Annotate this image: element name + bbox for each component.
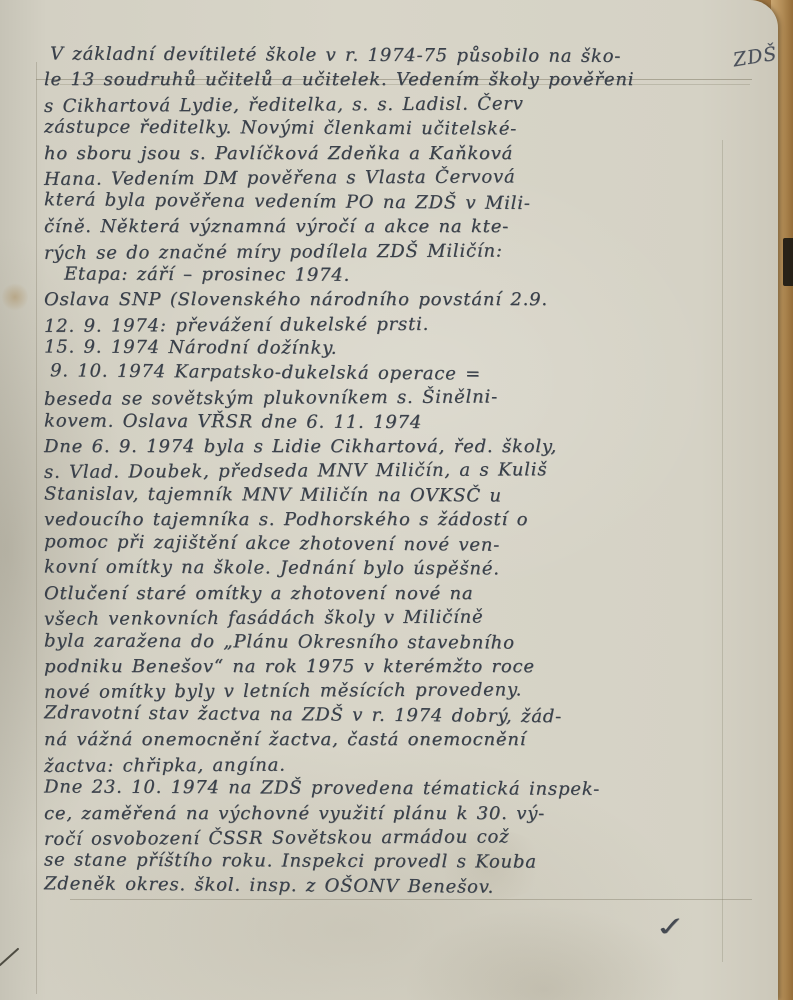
- bottom-left-mark: [0, 948, 19, 967]
- handwritten-line: Oslava SNP (Slovenského národního povstá…: [44, 288, 756, 312]
- handwritten-line: kovní omítky na škole. Jednání bylo úspě…: [44, 556, 756, 584]
- check-mark: ✓: [653, 910, 687, 942]
- handwritten-line: le 13 soudruhů učitelů a učitelek. Veden…: [44, 68, 756, 92]
- edge-dark-mark: [783, 238, 793, 286]
- handwritten-line: byla zaražena do „Plánu Okresního staveb…: [44, 629, 756, 657]
- handwritten-line: zástupce ředitelky. Novými členkami učit…: [44, 116, 756, 144]
- handwritten-line: Stanislav, tajemník MNV Miličín na OVKSČ…: [44, 482, 756, 510]
- handwriting-block: V základní devítileté škole v r. 1974-75…: [44, 44, 756, 899]
- handwritten-line: ho sboru jsou s. Pavlíčková Zdeňka a Kaň…: [44, 142, 756, 166]
- chronicle-page: ZDŠ V základní devítileté škole v r. 197…: [0, 0, 778, 1000]
- scanned-page: ZDŠ V základní devítileté škole v r. 197…: [0, 0, 793, 1000]
- handwritten-line: žactva: chřipka, angína.: [44, 751, 756, 779]
- handwritten-line: vedoucího tajemníka s. Podhorského s žád…: [44, 508, 756, 532]
- handwritten-line: beseda se sovětským plukovníkem s. Šiněl…: [44, 384, 756, 412]
- handwritten-line: Etapa: září – prosinec 1974.: [44, 262, 756, 290]
- handwritten-line: ná vážná onemocnění žactva, častá onemoc…: [44, 728, 756, 752]
- handwritten-line: číně. Některá významná výročí a akce na …: [44, 215, 756, 239]
- handwritten-line: ce, zaměřená na výchovné využití plánu k…: [44, 802, 756, 826]
- left-margin-line: [36, 62, 37, 994]
- handwritten-line: Zdravotní stav žactva na ZDŠ v r. 1974 d…: [44, 701, 756, 731]
- handwritten-line: Dne 6. 9. 1974 byla s Lidie Cikhartová, …: [44, 435, 756, 459]
- handwritten-line: podniku Benešov“ na rok 1975 v kterémžto…: [44, 655, 756, 679]
- handwritten-line: rých se do značné míry podílela ZDŠ Mili…: [44, 238, 756, 266]
- handwritten-line: V základní devítileté škole v r. 1974-75…: [44, 42, 756, 70]
- handwritten-line: s. Vlad. Doubek, předseda MNV Miličín, a…: [44, 458, 756, 486]
- handwritten-line: všech venkovních fasádách školy v Miličí…: [44, 604, 756, 632]
- handwritten-line: Zdeněk okres. škol. insp. z OŠONV Benešo…: [44, 872, 756, 902]
- handwritten-line: Otlučení staré omítky a zhotovení nové n…: [44, 582, 756, 606]
- handwritten-line: 12. 9. 1974: převážení dukelské prsti.: [44, 311, 756, 339]
- handwritten-line: Dne 23. 10. 1974 na ZDŠ provedena témati…: [44, 776, 756, 804]
- handwritten-line: kovem. Oslava VŘSR dne 6. 11. 1974: [44, 409, 756, 437]
- handwritten-line: která byla pověřena vedením PO na ZDŠ v …: [44, 188, 756, 218]
- paper-stain: [2, 282, 28, 312]
